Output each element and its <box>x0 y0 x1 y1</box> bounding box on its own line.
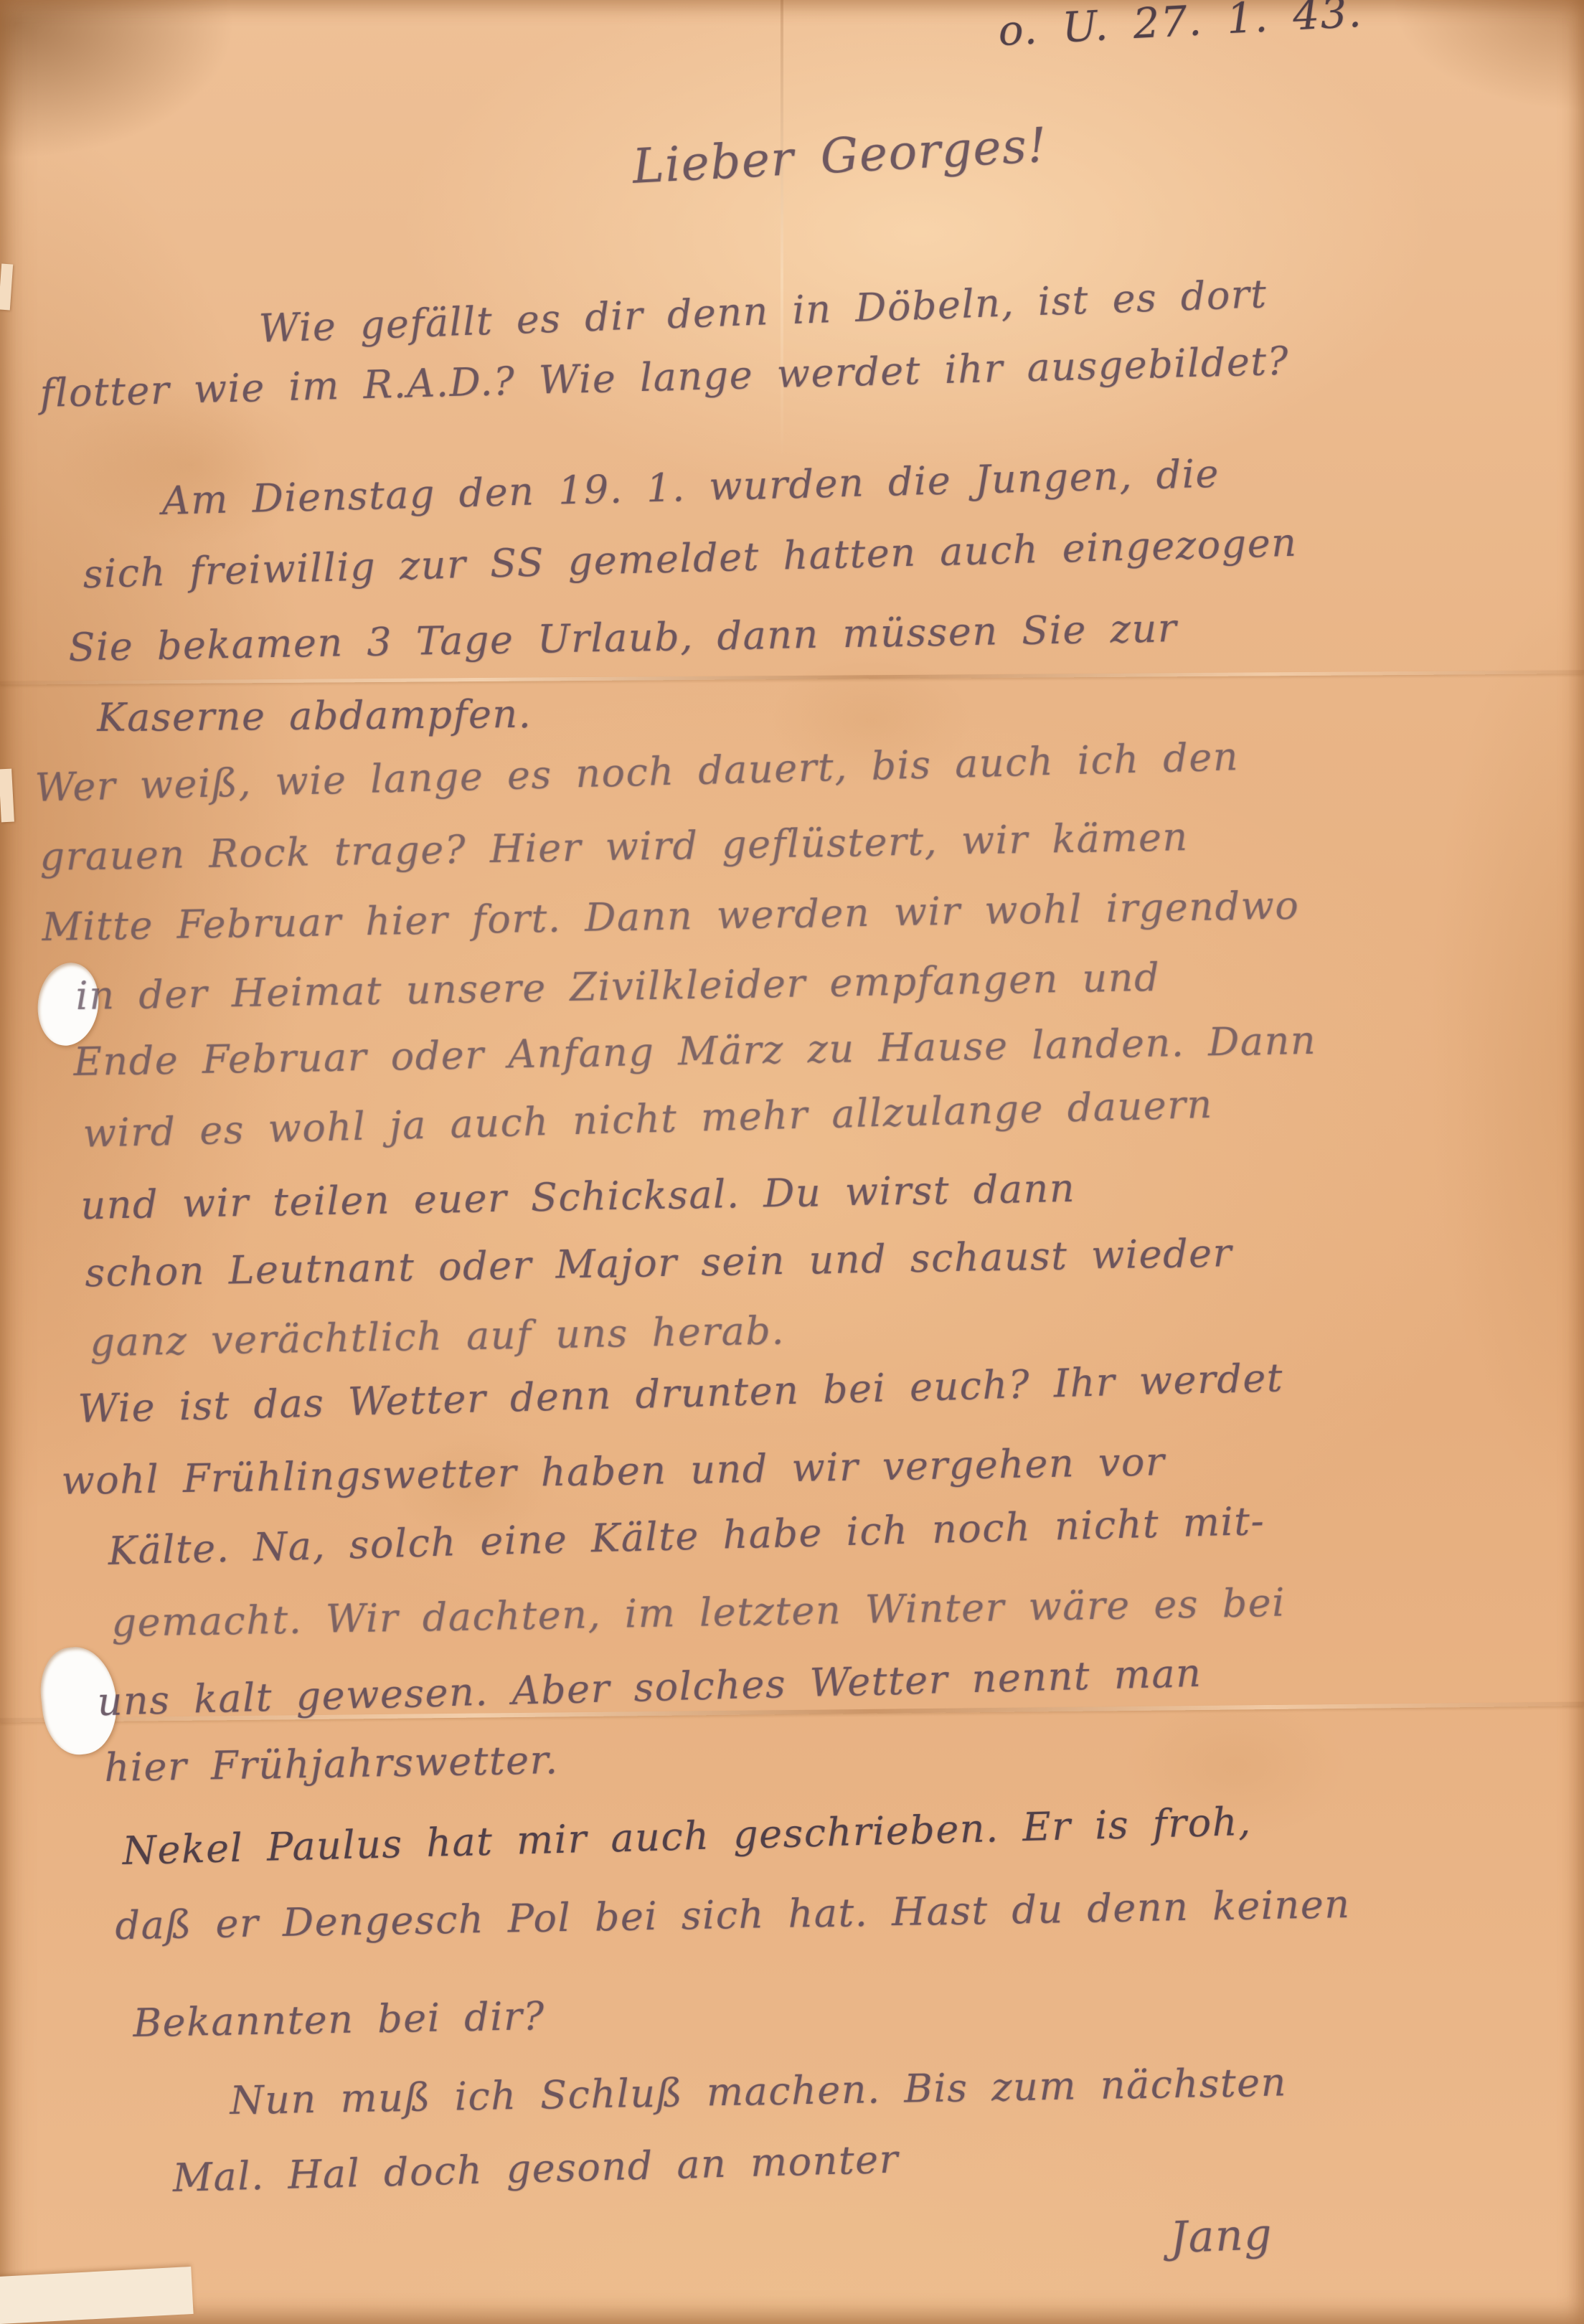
letter-line: Mal. Hal doch gesond an monter <box>172 2140 900 2197</box>
letter-page: o. U. 27. 1. 43. Lieber Georges! Wie gef… <box>0 0 1584 2324</box>
letter-line: Nekel Paulus hat mir auch geschrieben. E… <box>122 1803 1252 1871</box>
letter-line: Ende Februar oder Anfang März zu Hause l… <box>73 1021 1316 1082</box>
fold-crease-upper <box>0 670 1584 684</box>
letter-line: Sie bekamen 3 Tage Urlaub, dann müssen S… <box>68 609 1178 667</box>
letter-line: Wer weiß, wie lange es noch dauert, bis … <box>34 737 1240 808</box>
letter-line: Nun muß ich Schluß machen. Bis zum nächs… <box>230 2063 1287 2120</box>
letter-line: Bekannten bei dir? <box>133 1997 545 2043</box>
letter-line: grauen Rock trage? Hier wird geflüstert,… <box>39 818 1189 877</box>
letter-line: Kaserne abdampfen. <box>97 695 532 737</box>
letter-line: Wie gefällt es dir denn in Döbeln, ist e… <box>258 275 1268 349</box>
letter-line: wird es wohl ja auch nicht mehr allzulan… <box>82 1085 1213 1153</box>
letter-salutation: Lieber Georges! <box>631 122 1049 191</box>
letter-line: in der Heimat unsere Zivilkleider empfan… <box>75 958 1161 1016</box>
torn-corner-bottom-left <box>0 2267 194 2324</box>
letter-line: sich freiwillig zur SS gemeldet hatten a… <box>82 524 1298 594</box>
letter-line: Am Dienstag den 19. 1. wurden die Jungen… <box>161 454 1220 521</box>
letter-date: o. U. 27. 1. 43. <box>997 0 1363 52</box>
letter-line: hier Frühjahrswetter. <box>104 1741 559 1787</box>
letter-line: schon Leutnant oder Major sein und schau… <box>85 1234 1232 1293</box>
edge-tear-mid-left <box>0 769 14 823</box>
letter-line: wohl Frühlingswetter haben und wir verge… <box>61 1442 1166 1501</box>
letter-line: Kälte. Na, solch eine Kälte habe ich noc… <box>108 1502 1265 1571</box>
letter-line: Wie ist das Wetter denn drunten bei euch… <box>77 1359 1284 1429</box>
edge-tear-upper-left <box>0 264 13 311</box>
letter-line: flotter wie im R.A.D.? Wie lange werdet … <box>39 341 1290 413</box>
letter-line: gemacht. Wir dachten, im letzten Winter … <box>111 1583 1286 1643</box>
letter-line: daß er Dengesch Pol bei sich hat. Hast d… <box>115 1885 1351 1945</box>
letter-signature: Jang <box>1169 2213 1273 2259</box>
letter-line: ganz verächtlich auf uns herab. <box>90 1311 785 1362</box>
letter-line: Mitte Februar hier fort. Dann werden wir… <box>42 886 1300 947</box>
letter-line: und wir teilen euer Schicksal. Du wirst … <box>80 1169 1075 1225</box>
